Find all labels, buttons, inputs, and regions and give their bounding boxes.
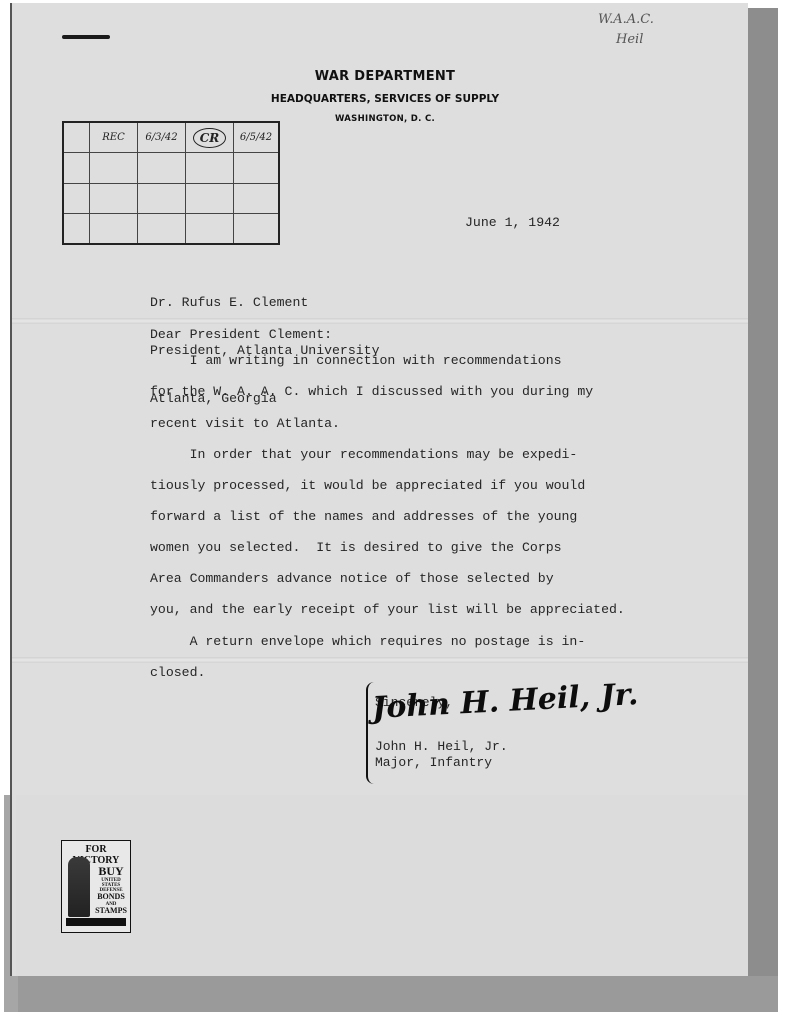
stamp-cell (138, 214, 186, 243)
stamp-cell (138, 153, 186, 184)
stamp-cell (186, 184, 234, 214)
routing-stamp: REC 6/3/42 CR 6/5/42 (62, 121, 280, 245)
body-line: A return envelope which requires no post… (150, 634, 585, 650)
letter-date: June 1, 1942 (465, 215, 560, 231)
signer-name: John H. Heil, Jr. (375, 739, 508, 755)
stamp-cell (64, 184, 90, 214)
stamp-cell (234, 214, 278, 243)
stamp-cell (90, 184, 138, 214)
body-line: tiously processed, it would be appreciat… (150, 478, 585, 494)
background-sheet-bottom (14, 976, 778, 1012)
body-line: I am writing in connection with recommen… (150, 353, 562, 369)
fold-crease (12, 657, 748, 663)
stamp-cell (186, 214, 234, 243)
body-line: for the W. A. A. C. which I discussed wi… (150, 384, 593, 400)
stamp-cell-date-processed: 6/5/42 (234, 123, 278, 153)
letterhead-org: WAR DEPARTMENT (200, 69, 570, 84)
stamp-cell-initials: CR (186, 123, 234, 153)
signer-rank: Major, Infantry (375, 755, 492, 771)
stamp-cell (90, 153, 138, 184)
body-line: forward a list of the names and addresse… (150, 509, 577, 525)
stamp-cell (64, 153, 90, 184)
letterhead-unit: HEADQUARTERS, SERVICES OF SUPPLY (200, 93, 570, 105)
handwritten-note-line1: W.A.A.C. (598, 12, 654, 27)
war-bonds-stamp: FOR VICTORY BUY UNITED STATES DEFENSE BO… (61, 840, 131, 933)
stamp-cell (64, 214, 90, 243)
stamp-cell-date-received: 6/3/42 (138, 123, 186, 153)
poster-base (66, 918, 126, 926)
body-line: closed. (150, 665, 205, 681)
body-line: Area Commanders advance notice of those … (150, 571, 554, 587)
initials-circle: CR (193, 128, 227, 148)
handwritten-note-line2: Heil (616, 32, 643, 47)
recipient-name: Dr. Rufus E. Clement (150, 295, 380, 311)
minuteman-figure-icon (68, 857, 90, 917)
stamp-cell (186, 153, 234, 184)
background-sheet-right (748, 8, 778, 1012)
stamp-cell (234, 184, 278, 214)
body-line: you, and the early receipt of your list … (150, 602, 625, 618)
stamp-cell (138, 184, 186, 214)
stamp-cell (234, 153, 278, 184)
stamp-cell (64, 123, 90, 153)
stamp-cell-rec: REC (90, 123, 138, 153)
poster-text: BUY UNITED STATES DEFENSE BONDS AND STAM… (92, 865, 130, 915)
body-line: women you selected. It is desired to giv… (150, 540, 562, 556)
fold-crease (12, 318, 748, 324)
stamp-cell (90, 214, 138, 243)
body-line: In order that your recommendations may b… (150, 447, 577, 463)
pen-mark (62, 35, 110, 39)
salutation: Dear President Clement: (150, 327, 332, 343)
body-line: recent visit to Atlanta. (150, 416, 340, 432)
